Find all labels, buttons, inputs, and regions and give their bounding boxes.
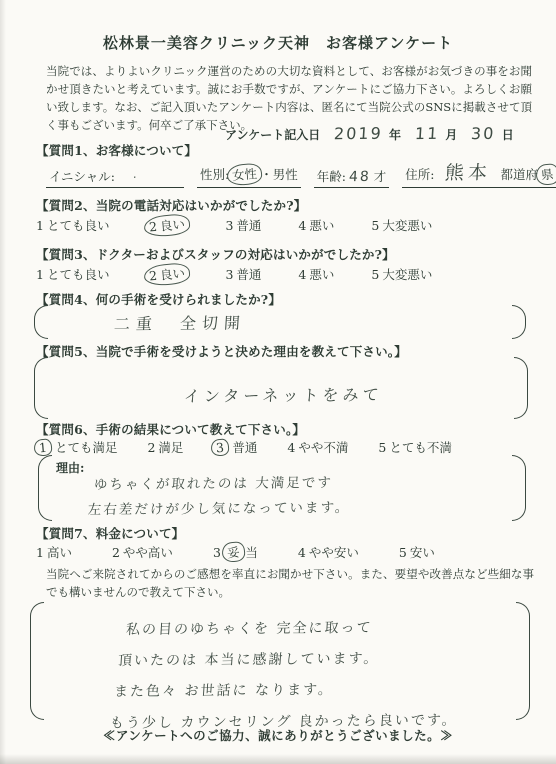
initial-field: イニシャル: · <box>46 167 184 188</box>
q2-options-row: 1とても良い 2良い 3普通 4悪い 5大変悪い <box>36 215 432 236</box>
q6-option-2: 2満足 <box>147 438 183 456</box>
q6-reason-line-1: ゆちゃくが取れたのは 大満足です <box>93 471 333 493</box>
date-month-handwritten: 11 <box>414 124 440 143</box>
prefecture-circle-mark: 県 <box>535 163 556 186</box>
q6-options-row: 1とても満足 2満足 3普通 4やや不満 5とても不満 <box>36 438 452 456</box>
prefecture-circled-char: 県 <box>540 166 554 182</box>
q2-option-3: 3普通 <box>225 216 261 234</box>
q3-option-2-circled: 2良い <box>144 262 192 287</box>
gender-female-option: 女性 <box>232 166 258 183</box>
q3-options-row: 1とても良い 2良い 3普通 4悪い 5大変悪い <box>36 264 432 285</box>
address-handwritten-value: 熊本 <box>444 158 492 185</box>
q7-option-5: 5安い <box>399 543 435 561</box>
q1-fields-row: イニシャル: · 性別: 女性 ・ 男性 年齢: 48 才 住所: 熊本 都道府… <box>46 158 556 188</box>
survey-scan-page: 松林景一美容クリニック天神 お客様アンケート 当院では、よりよいクリニック運営の… <box>0 0 556 764</box>
age-handwritten-value: 48 <box>348 169 371 185</box>
date-day-handwritten: 30 <box>471 124 497 143</box>
q7-option-3-circled: 3妥当 <box>213 542 258 562</box>
comment-line-3: また色々 お世話に なります。 <box>113 675 335 708</box>
date-label: アンケート記入日 <box>225 126 320 143</box>
q6-reason-line-2: 左右差だけが少し気になっています。 <box>87 496 351 518</box>
survey-date-row: アンケート記入日 2019 年 11 月 30 日 <box>225 124 514 143</box>
gender-female-circle-mark: 女性 <box>226 163 263 187</box>
q2-option-5: 5大変悪い <box>371 216 432 234</box>
initial-label: イニシャル: <box>49 167 115 185</box>
q2-option-4: 4悪い <box>298 216 334 234</box>
q1-header: 【質問1、お客様について】 <box>36 141 197 159</box>
q5-handwritten-answer: インターネットをみて <box>183 382 383 407</box>
comment-line-1: 私の目のゆちゃくを 完全に取って <box>125 613 373 646</box>
footer-thanks-text: ≪アンケートへのご協力、誠にありがとうございました。≫ <box>0 726 556 744</box>
q7-option-1: 1高い <box>36 543 72 561</box>
gender-male-option: 男性 <box>273 165 298 183</box>
prefecture-suffix: 都道府 <box>501 165 539 183</box>
q2-option-2-circled: 2良い <box>144 213 192 238</box>
q6-option-3-circled-number: 3普通 <box>213 438 257 456</box>
q6-header: 【質問6、手術の結果について教えて下さい。】 <box>36 420 305 438</box>
q2-header: 【質問2、当院の電話対応はいかがでしたか?】 <box>36 196 306 214</box>
q6-option-5: 5とても不満 <box>378 438 451 456</box>
age-field: 年齢: 48 才 <box>314 167 390 188</box>
q3-option-5: 5大変悪い <box>371 265 432 283</box>
comment-box: 私の目のゆちゃくを 完全に取って 頂いたのは 本当に感謝しています。 また色々 … <box>30 602 530 720</box>
q6-option-4: 4やや不満 <box>287 438 348 456</box>
gender-label: 性別: <box>200 165 229 183</box>
q7-header: 【質問7、料金について】 <box>36 524 184 542</box>
q4-answer-box: 二重 全切開 <box>34 305 526 339</box>
q7-options-row: 1高い 2やや高い 3妥当 4やや安い 5安い <box>36 542 435 562</box>
age-label: 年齢: <box>317 167 346 185</box>
q2-option-1: 1とても良い <box>36 216 109 234</box>
q3-header: 【質問3、ドクターおよびスタッフの対応はいかがでしたか?】 <box>36 245 395 263</box>
age-unit: 才 <box>374 167 387 185</box>
q4-handwritten-answer: 二重 全切開 <box>113 310 246 334</box>
page-title: 松林景一美容クリニック天神 お客様アンケート <box>0 32 556 53</box>
q6-reason-box: 理由: ゆちゃくが取れたのは 大満足です 左右差だけが少し気になっています。 <box>38 455 526 521</box>
address-label: 住所: <box>405 165 434 183</box>
q7-option-4: 4やや安い <box>298 543 359 561</box>
closing-request-text: 当院へご来院されてからのご感想を率直にお聞かせ下さい。また、要望や改善点など些細… <box>46 565 534 601</box>
q3-option-1: 1とても良い <box>36 265 109 283</box>
comment-line-2: 頂いたのは 本当に感謝しています。 <box>117 644 380 677</box>
q3-option-3: 3普通 <box>225 265 261 283</box>
initial-pen-mark: · <box>133 171 139 184</box>
q7-option-2: 2やや高い <box>112 543 173 561</box>
date-day-unit: 日 <box>502 126 514 143</box>
q5-answer-box: インターネットをみて <box>34 357 528 419</box>
gender-field: 性別: 女性 ・ 男性 <box>197 164 301 188</box>
q6-reason-label: 理由: <box>56 459 84 476</box>
date-year-handwritten: 2019 <box>334 124 384 143</box>
address-field: 住所: 熊本 都道府 県 <box>402 158 556 188</box>
date-year-unit: 年 <box>389 126 401 143</box>
date-month-unit: 月 <box>445 126 457 143</box>
q6-option-1-circled-number: 1とても満足 <box>36 438 117 456</box>
q3-option-4: 4悪い <box>298 265 334 283</box>
